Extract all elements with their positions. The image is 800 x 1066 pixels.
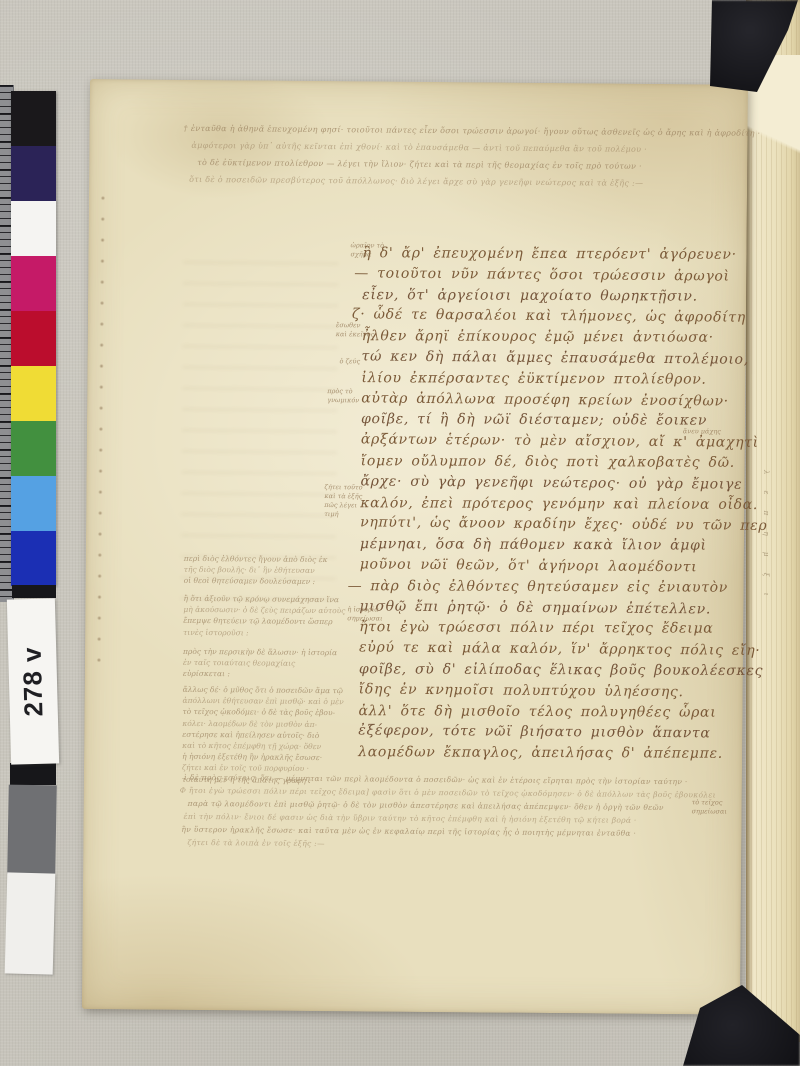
scholia-line: τὸ δὲ ἐϋκτίμενον πτολίεθρον — λέγει τὴν …	[197, 156, 642, 173]
main-text-line: ἦλθεν ἄρηϊ ἐπίκουρος ἐμῷ μένει ἀντιόωσα·	[362, 326, 714, 349]
main-text-line: ἴομεν οὔλυμπον δέ, διὸς ποτὶ χαλκοβατὲς …	[361, 451, 735, 474]
main-text-line: νηπύτι', ὡς ἄνοον κραδίην ἔχες· οὐδέ νυ …	[360, 512, 767, 537]
scholia-line: τινὲς ἱστοροῦσι :	[183, 626, 383, 639]
scholia-paragraph: πρὸς τὴν περσικὴν δὲ ἅλωσιν· ἡ ἱστορία ἐ…	[183, 646, 383, 681]
gloss-line: γνωμικόν	[327, 396, 359, 405]
parchment-page: † ἐνταῦθα ἡ ἀθηνᾶ ἐπευχομένη φησί· τοιοῦ…	[82, 79, 748, 1015]
scholia-line: εὑρίσκεται :	[183, 668, 383, 681]
main-text-line: ἰλίου ἐκπέρσαντες ἐϋκτίμενον πτολίεθρον.	[361, 368, 706, 391]
main-text-line: ἄρχε· σὺ γὰρ γενεῆφι νεώτερος· οὐ γὰρ ἔμ…	[360, 471, 742, 495]
scholia-line: οἱ θεοὶ θητεύσαμεν δουλεύσαμεν :	[184, 575, 384, 588]
color-patch	[11, 531, 56, 586]
main-text-line: ἤτοι ἐγὼ τρώεσσι πόλιν πέρι τεῖχος ἔδειμ…	[359, 617, 713, 640]
pricking-holes	[96, 195, 106, 665]
main-text-line: ζ· ὧδέ τε θαρσαλέοι καὶ τλήμονες, ὡς ἀφρ…	[352, 304, 746, 328]
main-text-line: φοῖβε, τί ἢ δὴ νῶϊ διέσταμεν; οὐδὲ ἔοικε…	[361, 409, 707, 432]
black-separator	[12, 585, 56, 598]
scholia-line: ἀμφότεροι γὰρ ὑπ᾿ αὐτῆς κεῖνται ἐπὶ χθον…	[191, 139, 647, 156]
manuscript-photo: { "folio_label": { "text": "278 v" }, "r…	[0, 0, 800, 1066]
white-card	[5, 872, 56, 974]
margin-gloss: πρὸς τὸ γνωμικόν	[327, 387, 359, 405]
main-text-line: μέμνηαι, ὅσα δὴ πάθομεν κακὰ ἴλιον ἀμφὶ	[360, 534, 707, 557]
main-text-line: ἣ δ' ἄρ' ἐπευχομένη ἔπεα πτερόεντ' ἀγόρε…	[362, 243, 736, 266]
main-text-line: — πὰρ διὸς ἐλθόντες θητεύσαμεν εἰς ἐνιαυ…	[348, 576, 729, 599]
black-separator	[10, 763, 56, 785]
gloss-line: ὡραῖον τὸ	[351, 241, 385, 250]
gloss-line: πρὸς τὸ	[327, 387, 359, 396]
margin-gloss: ἔσωθεν καὶ ἐκεῖνος	[336, 321, 375, 339]
gloss-line: ἡ ἱστορία	[347, 605, 382, 614]
gloss-line: ἄνευ μάχης	[683, 427, 721, 436]
color-patch	[11, 421, 56, 476]
color-calibration-bar	[11, 91, 56, 586]
color-patch	[11, 91, 56, 146]
gloss-line: ὁ ζεύς	[340, 357, 361, 366]
margin-gloss: ὁ ζεύς	[340, 357, 361, 366]
ruler-unit-label: inches	[0, 576, 1, 596]
main-text-line: μοῦνοι νῶϊ θεῶν, ὅτ' ἀγήνορι λαομέδοντι	[360, 554, 698, 578]
folio-label-text: 278 v	[17, 646, 50, 717]
gloss-line: ζήτει τοῦτο	[324, 483, 362, 492]
gloss-line: τιμή	[324, 510, 362, 519]
scholia-line: † ἐνταῦθα ἡ ἀθηνᾶ ἐπευχομένη φησί· τοιοῦ…	[184, 122, 761, 140]
gloss-line: καὶ ἐκεῖνος	[336, 330, 375, 339]
gloss-line: καὶ τὰ ἑξῆς	[324, 492, 362, 501]
color-patch	[11, 366, 56, 421]
margin-gloss: ζήτει τοῦτο καὶ τὰ ἑξῆς πῶς λέγει τιμή	[324, 483, 362, 519]
color-patch	[11, 476, 56, 531]
main-text-line: ἐξέφερον, τότε νῶϊ βιήσατο μισθὸν ἅπαντα	[358, 720, 710, 744]
gloss-line: σχῆμα	[350, 250, 384, 259]
color-patch	[11, 256, 56, 311]
margin-gloss: ἄνευ μάχης	[683, 427, 721, 436]
main-text-line: — τοιοῦτοι νῦν πάντες ὅσοι τρώεσσιν ἀρωγ…	[354, 263, 730, 287]
ink-show-through	[180, 250, 338, 601]
scholia-line: ὅτι δὲ ὁ ποσειδῶν πρεσβύτερος τοῦ ἀπόλλω…	[189, 173, 643, 190]
gloss-line: ἔσωθεν	[336, 321, 375, 330]
margin-gloss: ἡ ἱστορία σημείωσαι	[347, 605, 382, 623]
gloss-line: σημείωσαι	[347, 614, 382, 623]
margin-gloss: ὡραῖον τὸ σχῆμα	[350, 241, 384, 259]
main-text-line: εὐρύ τε καὶ μάλα καλόν, ἵν' ἄρρηκτος πόλ…	[359, 637, 761, 662]
gloss-line: σημείωσαι	[692, 807, 727, 816]
main-text-line: ἴδης ἐν κνημοῖσι πολυπτύχου ὑληέσσης.	[359, 679, 684, 703]
scholia-line: ζήτει δὲ τὰ λοιπὰ ἐν τοῖς ἑξῆς :—	[187, 836, 325, 850]
color-patch	[11, 146, 56, 201]
main-text-line: τώ κεν δὴ πάλαι ἄμμες ἐπαυσάμεθα πτολέμο…	[361, 346, 748, 370]
gray-card	[7, 785, 57, 875]
color-patch	[11, 311, 56, 366]
main-text-line: φοῖβε, σὺ δ' εἰλίποδας ἕλικας βοῦς βουκο…	[359, 659, 763, 682]
gloss-line: πῶς λέγει	[324, 501, 362, 510]
scholia-paragraph: περὶ διὸς ἐλθόντες ἤγουν ἀπὸ διὸς ἐκ τῆς…	[184, 553, 384, 588]
color-patch	[11, 201, 56, 256]
folio-label: 278 v	[7, 598, 59, 764]
main-text-line: λαομέδων ἔκπαγλος, ἀπειλήσας δ' ἀπέπεμπε…	[358, 742, 723, 765]
